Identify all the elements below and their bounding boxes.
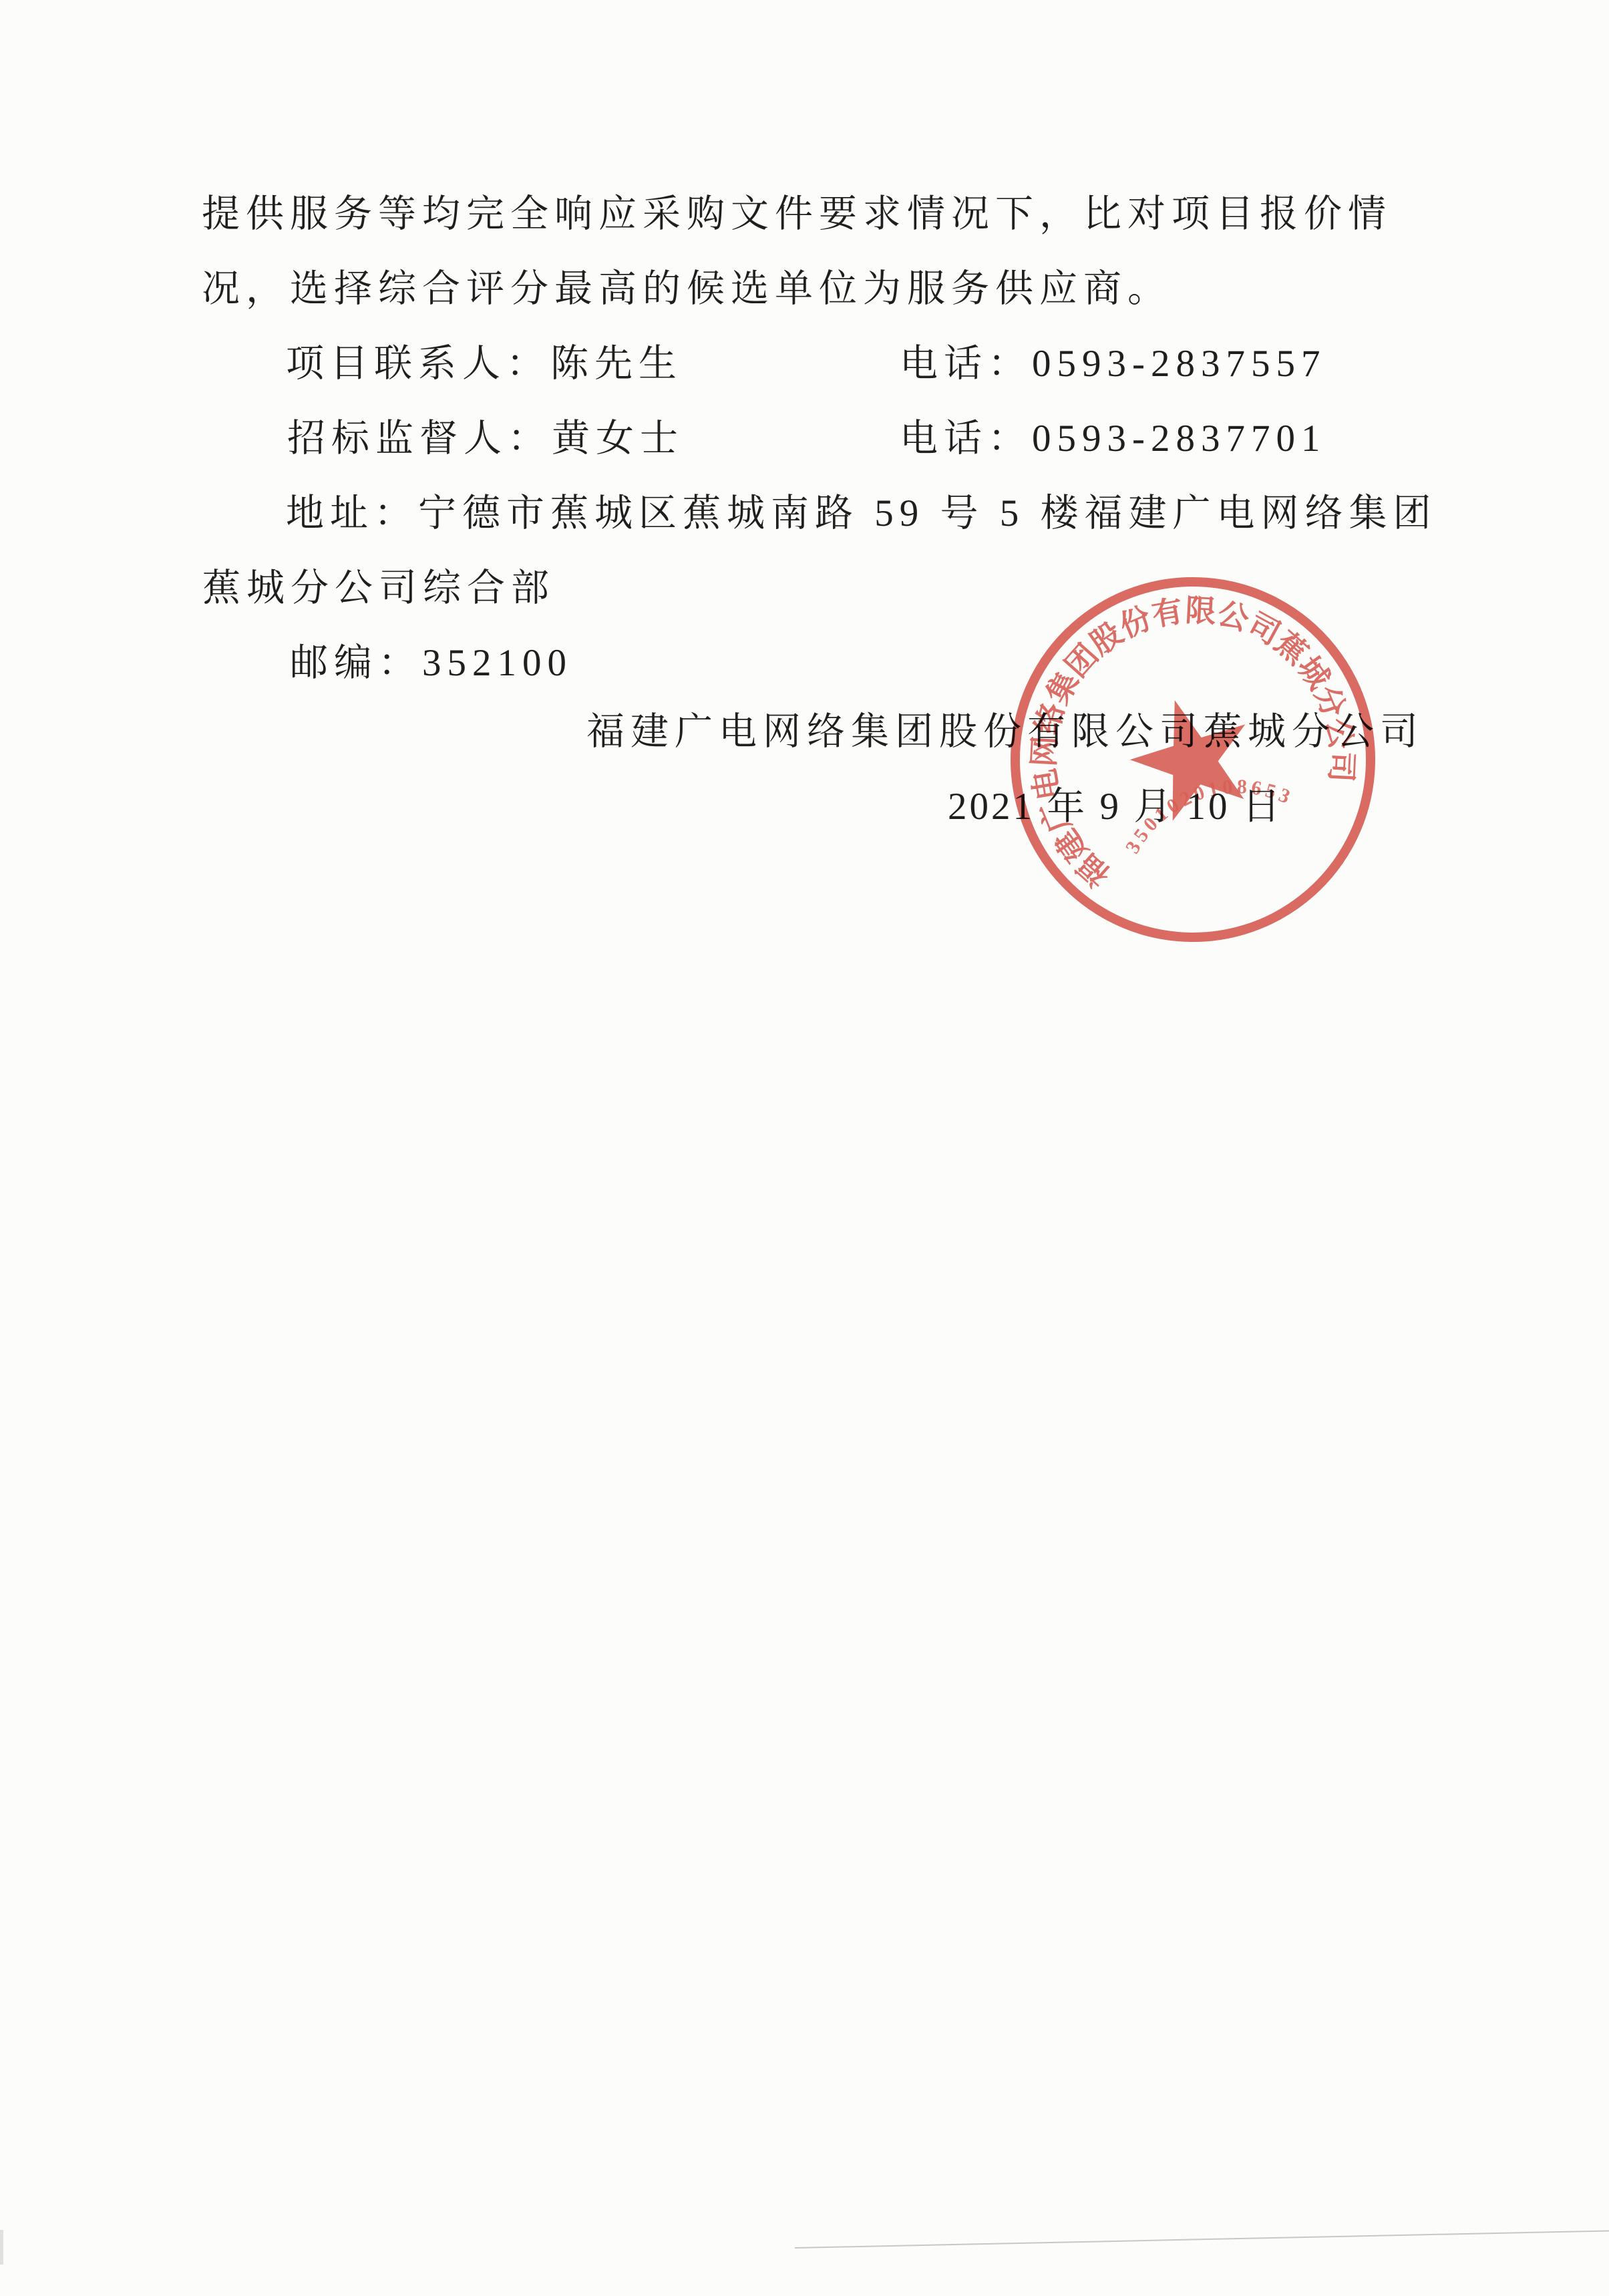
- address-line-2: 蕉城分公司综合部: [202, 560, 555, 617]
- project-contact-phone: 电话：0593-2837557: [900, 336, 1326, 392]
- address-line-1: 地址：宁德市蕉城区蕉城南路 59 号 5 楼福建广电网络集团: [286, 486, 1437, 542]
- scan-edge-mark: [0, 2230, 3, 2265]
- bid-supervisor-label: 招标监督人：黄女士: [287, 411, 684, 467]
- postcode-line: 邮编：352100: [290, 635, 572, 691]
- body-paragraph-line-2: 况，选择综合评分最高的候选单位为服务供应商。: [202, 261, 1172, 317]
- body-paragraph-line-1: 提供服务等均完全响应采购文件要求情况下，比对项目报价情: [202, 186, 1392, 242]
- scan-artifact-line: [795, 2230, 1609, 2249]
- bid-supervisor-phone: 电话：0593-2837701: [900, 411, 1326, 467]
- project-contact-label: 项目联系人：陈先生: [286, 336, 683, 392]
- document-page: 提供服务等均完全响应采购文件要求情况下，比对项目报价情 况，选择综合评分最高的候…: [0, 0, 1609, 2296]
- company-seal-stamp: 福建广电网络集团股份有限公司蕉城分公司 3501020108653: [999, 566, 1387, 953]
